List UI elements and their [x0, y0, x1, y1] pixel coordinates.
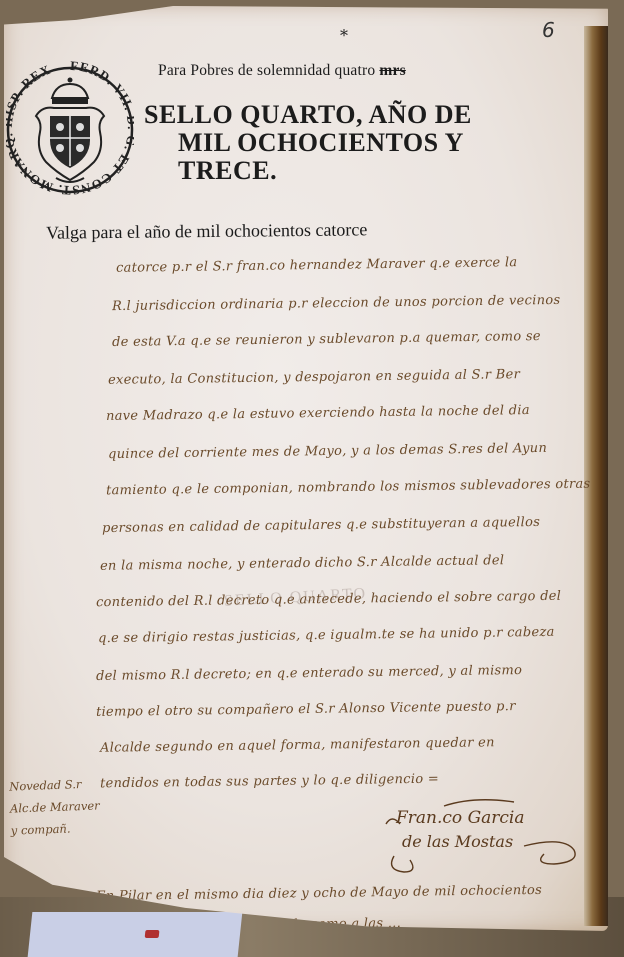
sello-line-2: MIL OCHOCIENTOS Y [144, 129, 554, 157]
underlying-blue-paper [28, 912, 243, 957]
printed-tax-text: Para Pobres de solemnidad quatro [158, 62, 375, 79]
signature-name-2: de las Mostas [402, 832, 513, 851]
sello-line-1: SELLO QUARTO, AÑO DE [144, 101, 554, 129]
closing-line: En Pilar en el mismo dia diez y ocho de … [96, 883, 542, 904]
manuscript-line: de esta V.a q.e se reunieron y sublevaro… [112, 329, 541, 350]
sello-line-3: TRECE. [144, 157, 554, 185]
manuscript-line: nave Madrazo q.e la estuvo exerciendo ha… [106, 403, 530, 424]
margin-note-line: y compañ. [10, 816, 100, 841]
manuscript-line: tendidos en todas sus partes y lo q.e di… [100, 772, 439, 792]
document-page: 6 * FERD. VII. D. G. ET CONST. MONARQ. H… [4, 6, 608, 931]
printed-tax-line: Para Pobres de solemnidad quatro mrs [158, 62, 406, 80]
manuscript-line: Alcalde segundo en aquel forma, manifest… [100, 735, 495, 756]
margin-note-line: Alc.de Maraver [10, 794, 100, 819]
red-mark [145, 930, 160, 938]
sello-heading: SELLO QUARTO, AÑO DE MIL OCHOCIENTOS Y T… [144, 101, 554, 185]
manuscript-line: tamiento q.e le componian, nombrando los… [106, 477, 591, 499]
manuscript-line: q.e se dirigio restas justicias, q.e igu… [98, 625, 555, 646]
manuscript-line: en la misma noche, y enterado dicho S.r … [100, 553, 504, 574]
validity-overprint: Valga para el año de mil ochocientos cat… [46, 219, 368, 243]
folio-number: 6 [542, 18, 555, 42]
margin-note: Novedad S.r Alc.de Maraver y compañ. [9, 772, 101, 841]
manuscript-line: contenido del R.l decreto q.e antecede, … [96, 589, 561, 610]
manuscript-line: tiempo el otro su compañero el S.r Alons… [96, 699, 516, 720]
signature-name-1: Fran.co Garcia [396, 808, 525, 828]
manuscript-line: quince del corriente mes de Mayo, y a lo… [108, 441, 547, 462]
royal-coat-of-arms-icon: FERD. VII. D. G. ET CONST. MONARQ. HISP.… [6, 50, 134, 208]
signature-block: Fran.co Garcia de las Mostas [384, 796, 594, 876]
ornament-asterisk: * [340, 26, 348, 45]
manuscript-line: catorce p.r el S.r fran.co hernandez Mar… [116, 255, 518, 276]
printed-tax-unit: mrs [379, 62, 405, 79]
margin-note-line: Novedad S.r [9, 772, 99, 797]
royal-seal: FERD. VII. D. G. ET CONST. MONARQ. HISP.… [6, 50, 134, 208]
manuscript-line: del mismo R.l decreto; en q.e enterado s… [96, 663, 522, 684]
manuscript-line: R.l jurisdiccion ordinaria p.r eleccion … [112, 293, 561, 314]
manuscript-line: personas en calidad de capitulares q.e s… [102, 515, 540, 536]
manuscript-line: executo, la Constitucion, y despojaron e… [108, 367, 520, 388]
